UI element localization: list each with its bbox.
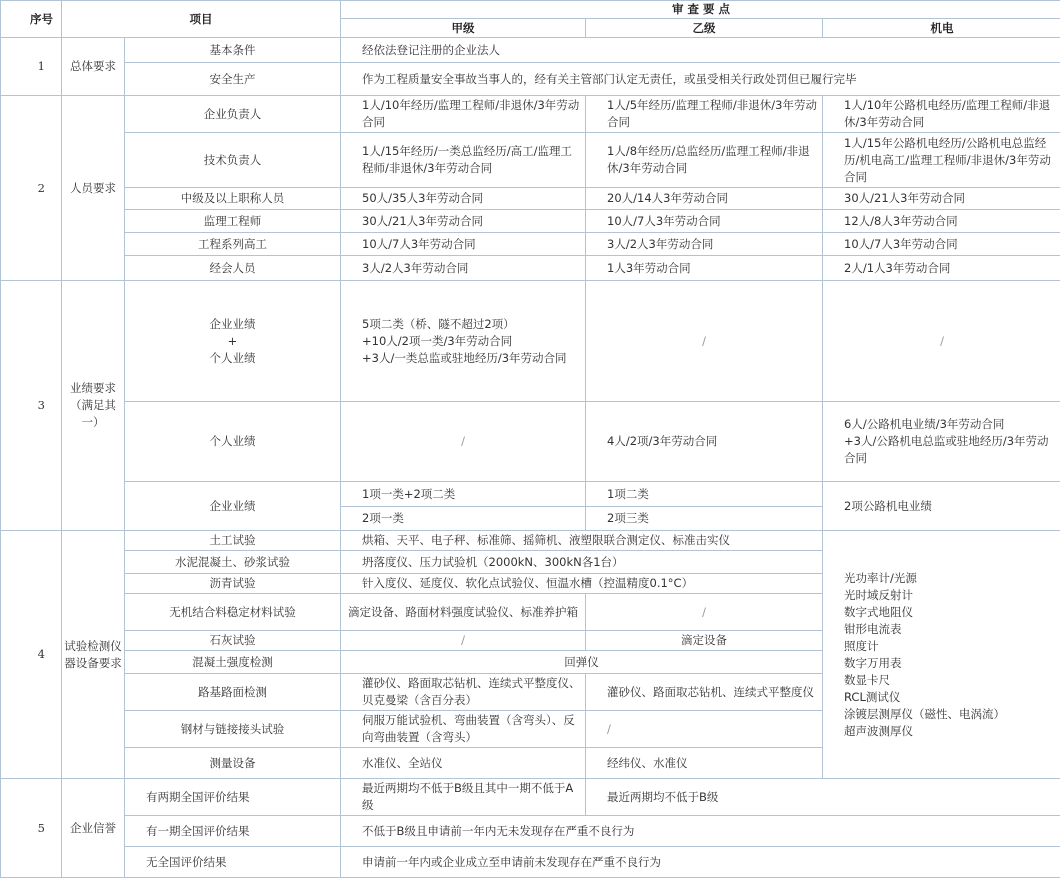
review-table: 序号 项目 审 查 要 点 甲级 乙级 机电 1 总体要求 基本条件 经依法登记… xyxy=(0,0,1060,878)
cell-grade-a: 5项二类（桥、隧不超过2项） +10人/2项一类/3年劳动合同 +3人/一类总监… xyxy=(341,281,586,402)
table-row: 工程系列高工 10人/7人3年劳动合同 3人/2人3年劳动合同 10人/7人3年… xyxy=(1,233,1060,256)
header-grade-a: 甲级 xyxy=(341,19,586,38)
header-grade-b: 乙级 xyxy=(586,19,823,38)
item-label: 土工试验 xyxy=(125,531,341,551)
cell-grade-b: / xyxy=(586,711,823,748)
item-label: 企业业绩 xyxy=(125,482,341,531)
cell-grade-b: / xyxy=(586,281,823,402)
table-row: 监理工程师 30人/21人3年劳动合同 10人/7人3年劳动合同 12人/8人3… xyxy=(1,210,1060,233)
item-label: 个人业绩 xyxy=(125,402,341,482)
equipment-item: 光功率计/光源 xyxy=(844,570,1057,587)
item-label: 工程系列高工 xyxy=(125,233,341,256)
table-row: 经会人员 3人/2人3年劳动合同 1人3年劳动合同 2人/1人3年劳动合同 xyxy=(1,256,1060,281)
cell-line: 5项二类（桥、隧不超过2项） xyxy=(362,316,581,333)
equipment-item: 数显卡尺 xyxy=(844,672,1057,689)
cell-grade-b: 1人/5年经历/监理工程师/非退休/3年劳动合同 xyxy=(586,96,823,133)
item-label: 无全国评价结果 xyxy=(125,847,341,878)
cell-all: 申请前一年内或企业成立至申请前未发现存在严重不良行为 xyxy=(341,847,1060,878)
table-row: 安全生产 作为工程质量安全事故当事人的，经有关主管部门认定无责任，或虽受相关行政… xyxy=(1,63,1060,96)
table-row: 企业业绩 1项一类+2项二类 1项二类 2项公路机电业绩 xyxy=(1,482,1060,507)
cell-grade-b: 灌砂仪、路面取芯钻机、连续式平整度仪 xyxy=(586,674,823,711)
section-category: 试验检测仪器设备要求 xyxy=(62,531,125,779)
table-row: 技术负责人 1人/15年经历/一类总监经历/高工/监理工程师/非退休/3年劳动合… xyxy=(1,133,1060,188)
cell-grade-a: / xyxy=(341,402,586,482)
section-category: 总体要求 xyxy=(62,38,125,96)
cell-line: +10人/2项一类/3年劳动合同 xyxy=(362,333,581,350)
cell-grade-a: 3人/2人3年劳动合同 xyxy=(341,256,586,281)
cell-grade-a: 滴定设备、路面材料强度试验仪、标准养护箱 xyxy=(341,594,586,631)
equipment-item: 涂镀层测厚仪（磁性、电涡流） xyxy=(844,706,1057,723)
cell-mech: 12人/8人3年劳动合同 xyxy=(823,210,1060,233)
header-review-points: 审 查 要 点 xyxy=(341,1,1060,19)
equipment-item: 钳形电流表 xyxy=(844,621,1057,638)
equipment-item: 照度计 xyxy=(844,638,1057,655)
equipment-item: 超声波测厚仪 xyxy=(844,723,1057,740)
cell-grade-a: 最近两期均不低于B级且其中一期不低于A级 xyxy=(341,779,586,816)
cell-mech: 1人/15年公路机电经历/公路机电总监经历/机电高工/监理工程师/非退休/3年劳… xyxy=(823,133,1060,188)
equipment-item: 数字式地阻仪 xyxy=(844,604,1057,621)
section-seq: 3 xyxy=(1,281,62,531)
item-label-combined: 企业业绩 + 个人业绩 xyxy=(125,281,341,402)
cell-grade-a: 1人/10年经历/监理工程师/非退休/3年劳动合同 xyxy=(341,96,586,133)
item-label: 监理工程师 xyxy=(125,210,341,233)
item-label: 无机结合料稳定材料试验 xyxy=(125,594,341,631)
equipment-item: 数字万用表 xyxy=(844,655,1057,672)
cell-grade-b: 2项三类 xyxy=(586,507,823,531)
item-label: 石灰试验 xyxy=(125,631,341,651)
cell-line: +3人/一类总监或驻地经历/3年劳动合同 xyxy=(362,350,581,367)
item-line: 个人业绩 xyxy=(129,350,336,367)
table-row: 2 人员要求 企业负责人 1人/10年经历/监理工程师/非退休/3年劳动合同 1… xyxy=(1,96,1060,133)
cell-grade-a: 灌砂仪、路面取芯钻机、连续式平整度仪、贝克曼梁（含百分表） xyxy=(341,674,586,711)
header-item: 项目 xyxy=(62,1,341,38)
item-label: 路基路面检测 xyxy=(125,674,341,711)
section-category: 业绩要求（满足其一） xyxy=(62,281,125,531)
cell-grade-b: 滴定设备 xyxy=(586,631,823,651)
item-label: 中级及以上职称人员 xyxy=(125,188,341,210)
cell-mech: 2人/1人3年劳动合同 xyxy=(823,256,1060,281)
cell-grade-b: 20人/14人3年劳动合同 xyxy=(586,188,823,210)
cell-grade-b: 1人3年劳动合同 xyxy=(586,256,823,281)
item-label: 安全生产 xyxy=(125,63,341,96)
cell-mech: 2项公路机电业绩 xyxy=(823,482,1060,531)
header-mech: 机电 xyxy=(823,19,1060,38)
table-row: 5 企业信誉 有两期全国评价结果 最近两期均不低于B级且其中一期不低于A级 最近… xyxy=(1,779,1060,816)
cell-grade-a: 1项一类+2项二类 xyxy=(341,482,586,507)
section-seq: 4 xyxy=(1,531,62,779)
cell-grade-a: 50人/35人3年劳动合同 xyxy=(341,188,586,210)
table-row: 3 业绩要求（满足其一） 企业业绩 + 个人业绩 5项二类（桥、隧不超过2项） … xyxy=(1,281,1060,402)
item-label: 企业负责人 xyxy=(125,96,341,133)
section-category: 人员要求 xyxy=(62,96,125,281)
table-row: 1 总体要求 基本条件 经依法登记注册的企业法人 xyxy=(1,38,1060,63)
cell-grade-ab: 烘箱、天平、电子秤、标准筛、摇筛机、液塑限联合测定仪、标准击实仪 xyxy=(341,531,823,551)
table-row: 4 试验检测仪器设备要求 土工试验 烘箱、天平、电子秤、标准筛、摇筛机、液塑限联… xyxy=(1,531,1060,551)
table-row: 有一期全国评价结果 不低于B级且申请前一年内无未发现存在严重不良行为 xyxy=(1,816,1060,847)
cell-grade-b: 4人/2项/3年劳动合同 xyxy=(586,402,823,482)
item-label: 水泥混凝土、砂浆试验 xyxy=(125,551,341,574)
cell-grade-ab: 回弹仪 xyxy=(341,651,823,674)
cell-grade-a: 30人/21人3年劳动合同 xyxy=(341,210,586,233)
cell-grade-a: 伺服万能试验机、弯曲装置（含弯头）、反向弯曲装置（含弯头） xyxy=(341,711,586,748)
equipment-item: 光时域反射计 xyxy=(844,587,1057,604)
cell-grade-a: 10人/7人3年劳动合同 xyxy=(341,233,586,256)
cell-mech: 30人/21人3年劳动合同 xyxy=(823,188,1060,210)
cell-mech: 1人/10年公路机电经历/监理工程师/非退休/3年劳动合同 xyxy=(823,96,1060,133)
cell-grade-a: 2项一类 xyxy=(341,507,586,531)
cell-grade-a: 水准仪、全站仪 xyxy=(341,748,586,779)
item-label: 有两期全国评价结果 xyxy=(125,779,341,816)
item-line: + xyxy=(129,333,336,350)
section-seq: 5 xyxy=(1,779,62,878)
cell-grade-b: 经纬仪、水准仪 xyxy=(586,748,823,779)
item-label: 基本条件 xyxy=(125,38,341,63)
cell-line: 6人/公路机电业绩/3年劳动合同 xyxy=(844,416,1057,433)
section-category: 企业信誉 xyxy=(62,779,125,878)
item-label: 有一期全国评价结果 xyxy=(125,816,341,847)
cell-line: +3人/公路机电总监或驻地经历/3年劳动合同 xyxy=(844,433,1057,467)
cell-grade-b: 3人/2人3年劳动合同 xyxy=(586,233,823,256)
item-line: 企业业绩 xyxy=(129,316,336,333)
table-row: 无全国评价结果 申请前一年内或企业成立至申请前未发现存在严重不良行为 xyxy=(1,847,1060,878)
item-label: 经会人员 xyxy=(125,256,341,281)
cell-grade-b: 1项二类 xyxy=(586,482,823,507)
item-label: 沥青试验 xyxy=(125,574,341,594)
cell-grade-a: / xyxy=(341,631,586,651)
item-label: 测量设备 xyxy=(125,748,341,779)
cell-mech-equipment-list: 光功率计/光源 光时域反射计 数字式地阻仪 钳形电流表 照度计 数字万用表 数显… xyxy=(823,531,1060,779)
table-row: 中级及以上职称人员 50人/35人3年劳动合同 20人/14人3年劳动合同 30… xyxy=(1,188,1060,210)
cell-mech: 10人/7人3年劳动合同 xyxy=(823,233,1060,256)
section-seq: 1 xyxy=(1,38,62,96)
header-seq: 序号 xyxy=(1,1,62,38)
cell-mech: / xyxy=(823,281,1060,402)
cell-grade-b: 1人/8年经历/总监经历/监理工程师/非退休/3年劳动合同 xyxy=(586,133,823,188)
cell-all: 作为工程质量安全事故当事人的，经有关主管部门认定无责任，或虽受相关行政处罚但已履… xyxy=(341,63,1060,96)
cell-grade-b: / xyxy=(586,594,823,631)
item-label: 混凝土强度检测 xyxy=(125,651,341,674)
cell-all: 不低于B级且申请前一年内无未发现存在严重不良行为 xyxy=(341,816,1060,847)
cell-all: 经依法登记注册的企业法人 xyxy=(341,38,1060,63)
cell-grade-b: 10人/7人3年劳动合同 xyxy=(586,210,823,233)
equipment-item: RCL测试仪 xyxy=(844,689,1057,706)
cell-grade-ab: 针入度仪、延度仪、软化点试验仪、恒温水槽（控温精度0.1°C） xyxy=(341,574,823,594)
item-label: 技术负责人 xyxy=(125,133,341,188)
cell-grade-ab: 坍落度仪、压力试验机（2000kN、300kN各1台） xyxy=(341,551,823,574)
cell-grade-b-mech: 最近两期均不低于B级 xyxy=(586,779,1060,816)
item-label: 钢材与链接接头试验 xyxy=(125,711,341,748)
cell-grade-a: 1人/15年经历/一类总监经历/高工/监理工程师/非退休/3年劳动合同 xyxy=(341,133,586,188)
section-seq: 2 xyxy=(1,96,62,281)
cell-mech: 6人/公路机电业绩/3年劳动合同 +3人/公路机电总监或驻地经历/3年劳动合同 xyxy=(823,402,1060,482)
table-row: 个人业绩 / 4人/2项/3年劳动合同 6人/公路机电业绩/3年劳动合同 +3人… xyxy=(1,402,1060,482)
